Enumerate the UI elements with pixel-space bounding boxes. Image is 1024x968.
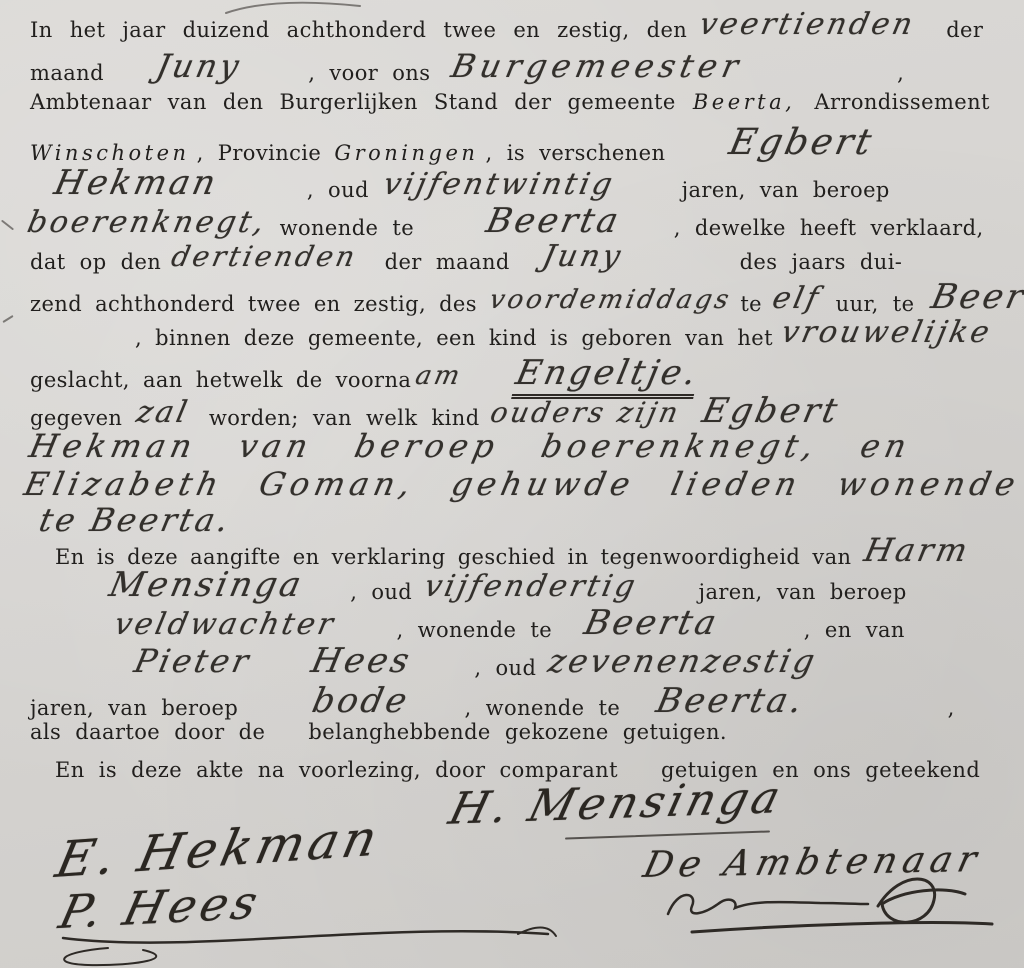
entry-gemeente-printed: Beerta, [693,90,795,114]
printed-text: , [897,61,904,85]
entry-zal: zal [134,395,194,430]
printed-text: jaren, van beroep [30,696,238,720]
printed-text: , Provincie [197,141,322,165]
stray-mark [2,315,13,323]
printed-text: jaren, van beroep [699,580,907,604]
text-line: veldwachter , wonende te Beerta , en van [115,606,905,646]
entry-arrondissement-printed: Winschoten [30,141,190,165]
printed-text: als daartoe door de [30,720,265,744]
entry-witness2-residence: Beerta. [653,681,809,721]
printed-text: wonende te [280,216,415,240]
printed-text: belanghebbende gekozene getuigen. [308,720,727,744]
text-line: In het jaar duizend achthonderd twee en … [30,10,983,45]
printed-text: te [740,292,762,316]
entry-father-details: Hekman van beroep boerenknegt, en [26,427,915,465]
text-line: zend achthonderd twee en zestig, des voo… [30,280,1024,320]
printed-text: , voor ons [308,61,430,85]
printed-text: , dewelke heeft verklaard, [674,216,984,240]
entry-child-name: Engeltje. [511,353,702,399]
printed-text: dat op den [30,250,161,274]
entry-father-firstname: Egbert [699,391,844,431]
text-line: Hekman van beroep boerenknegt, en [30,430,911,468]
entry-declarant-firstname: Egbert [726,122,878,163]
text-line: maand Juny , voor ons Burgemeester , [30,50,904,88]
printed-text: , en van [804,618,905,642]
printed-text: Ambtenaar van den Burgerlijken Stand der… [30,90,676,114]
burgemeester-signature-flourish [640,872,1020,950]
entry-witness2-age: zevenenzestig [545,642,821,680]
printed-text: , wonende te [396,618,552,642]
text-line: Pieter Hees , oud zevenenzestig [135,644,817,684]
witness1-signature-underline [565,830,770,839]
entry-witness1-surname: Mensinga [106,565,308,605]
entry-declarant-surname: Hekman [51,163,222,203]
entry-record-day: veertienden [697,7,919,42]
entry-birth-hour: elf [769,281,824,316]
entry-official-title: Burgemeester [447,47,746,85]
text-line: Hekman , oud vijfentwintig jaren, van be… [55,166,890,206]
entry-witness1-age: vijfendertig [422,569,642,604]
entry-parents-phrase: ouders zijn [487,396,683,429]
printed-text: des jaars dui- [740,250,903,274]
birth-certificate-document: In het jaar duizend achthonderd twee en … [0,0,1024,968]
witness1-signature: H. Mensinga [444,772,789,834]
text-line: , binnen deze gemeente, een kind is gebo… [135,318,992,353]
printed-text: geslacht, aan hetwelk de voorna [30,368,411,392]
printed-text: , oud [474,656,536,680]
entry-witness2-occupation: bode [309,681,414,721]
text-line: jaren, van beroep bode , wonende te Beer… [30,684,955,724]
entry-provincie-printed: Groningen [334,141,478,165]
entry-record-month: Juny [153,47,245,85]
text-line: dat op den dertienden der maand Juny des… [30,242,902,277]
entry-declarant-age: vijfentwintig [380,167,618,202]
entry-child-gender: vrouwelijke [778,315,995,350]
printed-text: , wonende te [465,696,621,720]
entry-mother-details: Elizabeth Goman, gehuwde lieden wonende [21,465,1024,503]
entry-witness2-firstname: Pieter [131,642,255,680]
entry-birth-month: Juny [539,239,626,274]
text-line: Mensinga , oud vijfendertig jaren, van b… [110,568,907,608]
printed-text: uur, te [836,292,915,316]
printed-text: , binnen deze gemeente, een kind is gebo… [135,326,773,350]
entry-witness1-occupation: veldwachter [111,607,339,642]
printed-text: En is deze akte na voorlezing, door comp… [55,758,618,782]
printed-text: der maand [385,250,510,274]
printed-text: , [948,696,955,720]
printed-text: In het jaar duizend achthonderd twee en … [30,18,687,42]
text-line: als daartoe door de belanghebbende gekoz… [30,720,727,744]
text-line: boerenknegt, wonende te Beerta , dewelke… [28,204,984,244]
printed-text: zend achthonderd twee en zestig, des [30,292,477,316]
printed-text: , oud [350,580,412,604]
witness2-signature-flourish [48,918,588,968]
printed-text: der [946,18,983,42]
printed-text: , oud [307,178,369,202]
text-line: Ambtenaar van den Burgerlijken Stand der… [30,90,990,114]
printed-text: maand [30,61,104,85]
entry-birth-day: dertienden [169,240,361,273]
printed-text: jaren, van beroep [682,178,890,202]
entry-birth-daypart: voordemiddags [487,285,735,315]
entry-voornaam-suffix: am [413,361,466,391]
printed-text: , is verschenen [486,141,666,165]
entry-witness1-firstname: Harm [861,531,974,569]
stray-mark [1,220,14,231]
entry-declarant-residence: Beerta [483,201,625,241]
entry-witness1-residence: Beerta [581,603,723,643]
entry-witness2-surname: Hees [308,641,416,681]
printed-text: Arrondissement [814,90,989,114]
entry-declarant-occupation: boerenknegt, [24,205,270,240]
entry-birth-place: Beerta [927,277,1024,317]
text-line: En is deze akte na voorlezing, door comp… [55,758,980,782]
